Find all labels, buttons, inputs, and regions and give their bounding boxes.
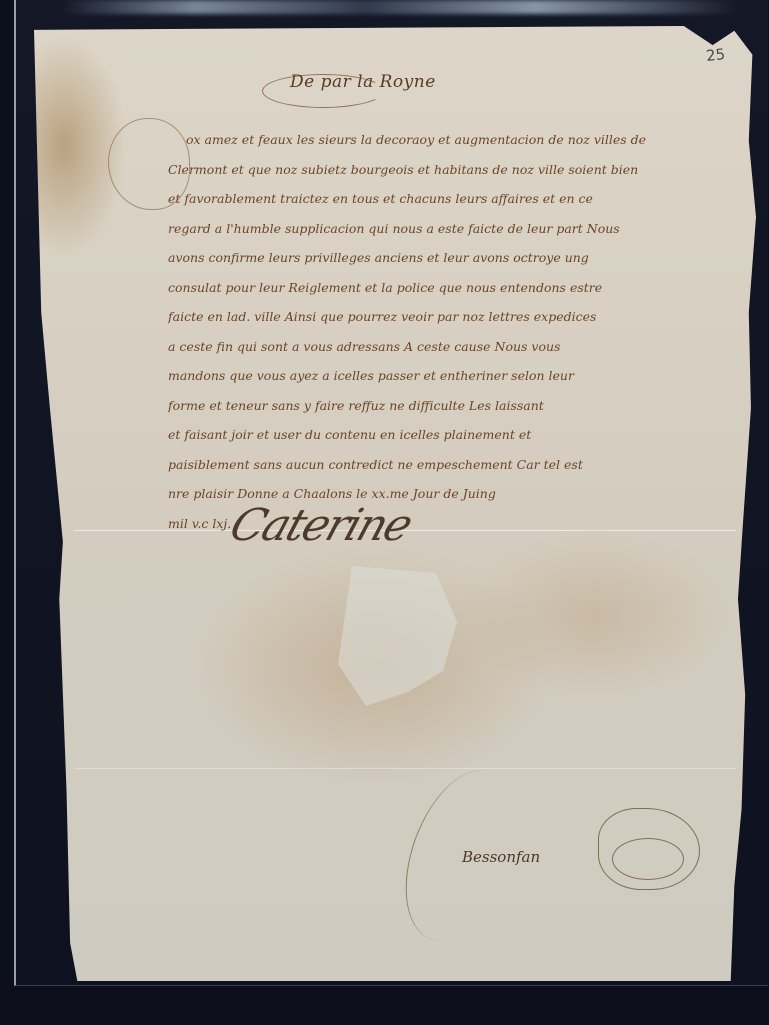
royal-signature: Caterine [224, 500, 418, 551]
body-line: regard a l'humble supplicacion qui nous … [168, 214, 748, 244]
body-line: forme et teneur sans y faire reffuz ne d… [168, 391, 748, 421]
body-line: avons confirme leurs privilleges anciens… [168, 243, 748, 273]
secretary-signature: Bessonfan [462, 848, 540, 866]
letter-body: ox amez et feaux les sieurs la decoraoy … [168, 125, 748, 538]
body-line: ox amez et feaux les sieurs la decoraoy … [168, 125, 748, 155]
letter-heading: De par la Royne [290, 72, 436, 92]
body-line: consulat pour leur Reiglement et la poli… [168, 273, 748, 303]
sleeve-glare [60, 0, 740, 14]
body-line: mandons que vous ayez a icelles passer e… [168, 361, 748, 391]
paraph-inner-flourish [612, 838, 684, 880]
horizontal-fold-lower [74, 768, 736, 769]
body-line: paisiblement sans aucun contredict ne em… [168, 450, 748, 480]
body-line: faicte en lad. ville Ainsi que pourrez v… [168, 302, 748, 332]
body-line: et favorablement traictez en tous et cha… [168, 184, 748, 214]
water-stain [324, 566, 464, 706]
body-line: a ceste fin qui sont a vous adressans A … [168, 332, 748, 362]
body-line: Clermont et que noz subietz bourgeois et… [168, 155, 748, 185]
folio-number: 25 [705, 45, 726, 65]
body-line: et faisant joir et user du contenu en ic… [168, 420, 748, 450]
